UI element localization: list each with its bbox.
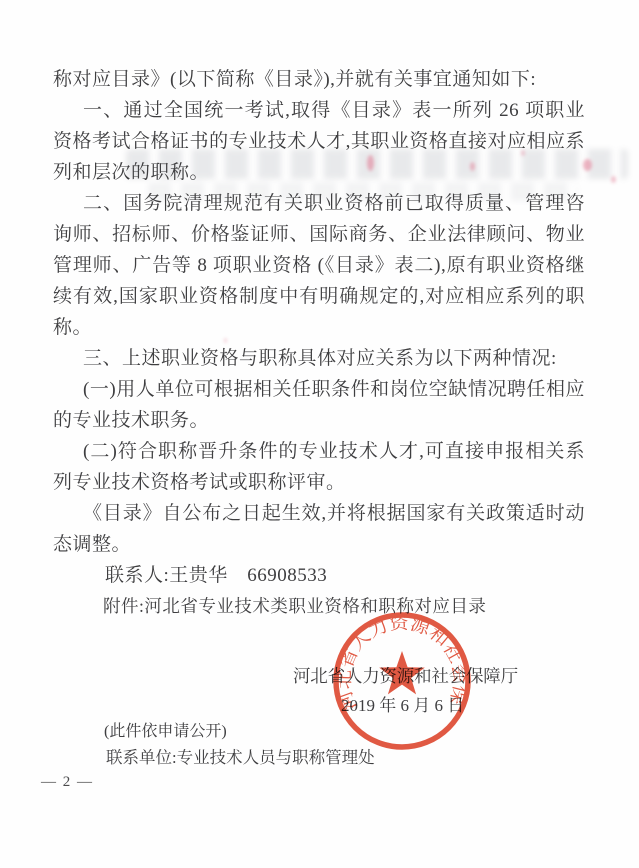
paragraph: (二)符合职称晋升条件的专业技术人才,可直接申报相关系列专业技术资格考试或职称评…: [53, 436, 585, 498]
paragraph: 三、上述职业资格与职称具体对应关系为以下两种情况:: [53, 343, 585, 374]
page-number: — 2 —: [41, 774, 94, 791]
contact-person-line: 联系人:王贵华 66908533: [53, 560, 585, 591]
paragraph: 一、通过全国统一考试,取得《目录》表一所列 26 项职业资格考试合格证书的专业技…: [53, 95, 585, 188]
disclosure-note: (此件依申请公开): [104, 718, 227, 741]
scanned-document-page: 称对应目录》(以下简称《目录》),并就有关事宜通知如下: 一、通过全国统一考试,…: [0, 0, 639, 868]
seal-star-icon: [379, 651, 425, 694]
ink-speck: [611, 176, 616, 183]
paragraph: (一)用人单位可根据相关任职条件和岗位空缺情况聘任相应的专业技术职务。: [53, 374, 585, 436]
paragraph: 称对应目录》(以下简称《目录》),并就有关事宜通知如下:: [53, 64, 585, 95]
document-body: 称对应目录》(以下简称《目录》),并就有关事宜通知如下: 一、通过全国统一考试,…: [53, 64, 585, 622]
official-seal: 河北省人力资源和社会保障厅: [330, 609, 474, 753]
attachment-line: 附件:河北省专业技术类职业资格和职称对应目录: [53, 591, 585, 622]
paragraph: 二、国务院清理规范有关职业资格前已取得质量、管理咨询师、招标师、价格鉴证师、国际…: [53, 188, 585, 343]
paragraph: 《目录》自公布之日起生效,并将根据国家有关政策适时动态调整。: [53, 498, 585, 560]
